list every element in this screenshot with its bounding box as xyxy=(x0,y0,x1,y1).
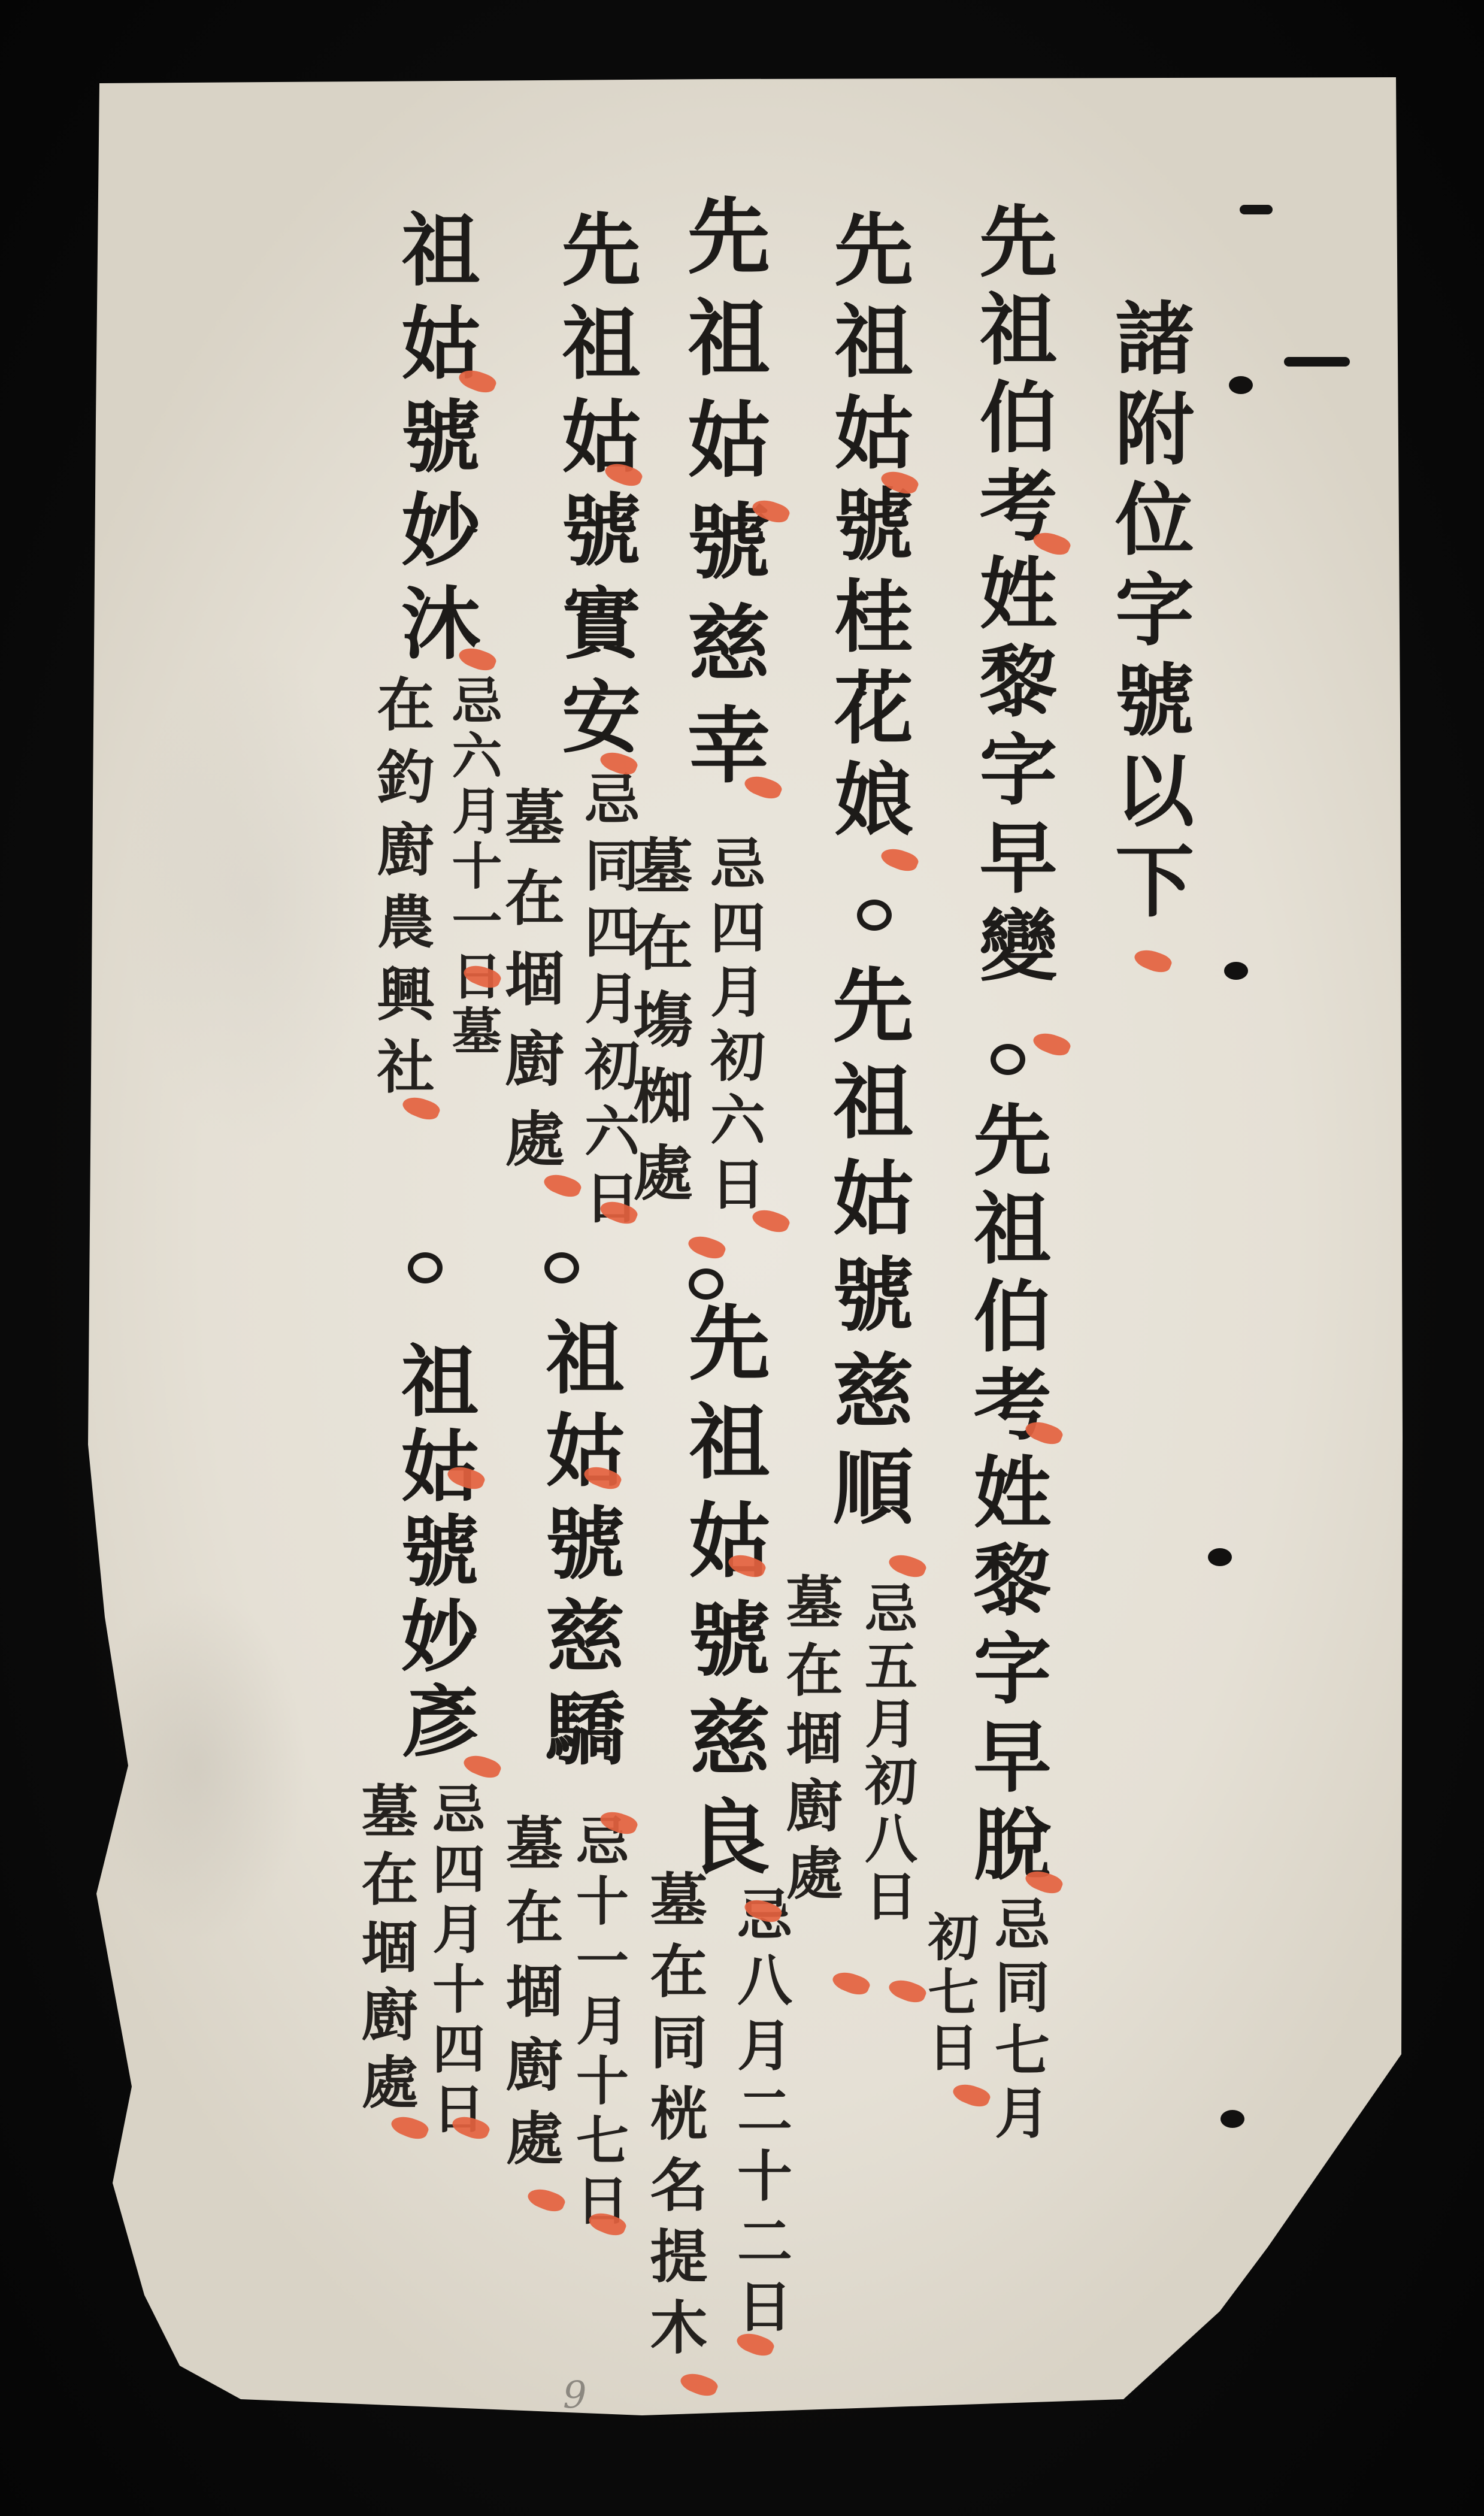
entry-annotation-right: 忌同七月 xyxy=(991,1896,1046,2147)
entry-annotation-right: 忌四月初六日 xyxy=(706,835,761,1219)
separator-circle: 。 xyxy=(689,1268,723,1300)
binding-hole xyxy=(1220,2110,1244,2128)
separator-circle: 。 xyxy=(991,1044,1025,1075)
entry-annotation-right: 忌四月十四日 xyxy=(429,1782,481,2141)
entry-annotation-left: 在釣廚農興社 xyxy=(372,674,430,1109)
binding-thread xyxy=(1284,357,1350,367)
entry-name: 先祖姑號慈良 xyxy=(682,1300,763,1893)
entry-annotation-right: 忌五月初八日 xyxy=(861,1581,914,1926)
binding-hole xyxy=(1224,962,1248,980)
entry-annotation-left: 墓在堌廚處 xyxy=(501,1813,559,2182)
page-number: 9 xyxy=(563,2373,586,2417)
entry-name: 先祖姑號慈順 xyxy=(826,963,907,1542)
entry-annotation-left: 初七日 xyxy=(923,1911,974,2076)
separator-circle: 。 xyxy=(544,1252,579,1283)
entry-name: 先祖伯考姓黎字早變 xyxy=(973,201,1051,993)
entry-annotation-left: 墓在堌廚處 xyxy=(500,786,560,1188)
entry-annotation-right: 忌同四月初六日 xyxy=(580,770,635,1236)
entry-annotation-left: 墓在同桄名提木 xyxy=(646,1870,703,2369)
entry-annotation-right: 忌八月二十二日 xyxy=(733,1886,788,2343)
binding-hole xyxy=(1229,376,1253,394)
entry-annotation-left: 墓在堌廚處 xyxy=(357,1782,414,2120)
entry-annotation-right: 忌六月十一日墓 xyxy=(448,674,498,1060)
binding-hole xyxy=(1208,1548,1232,1566)
heading: 諸附位字號以下 xyxy=(1108,297,1187,930)
entry-name: 先祖姑號實安 xyxy=(555,208,634,769)
binding-thread xyxy=(1240,205,1273,214)
entry-name: 先祖姑號桂花娘 xyxy=(827,208,906,850)
entry-name: 先祖伯考姓黎字早脫 xyxy=(967,1100,1045,1892)
entry-name: 祖姑號妙沐 xyxy=(394,208,473,676)
separator-circle: 。 xyxy=(857,900,892,931)
separator-circle: 。 xyxy=(408,1252,443,1283)
entry-name: 祖姑號慈驕 xyxy=(538,1316,617,1781)
manuscript-photo: 諸附位字號以下 先祖伯考姓黎字早變 。 先祖伯考姓黎字早脫 忌同七月 初七日 先… xyxy=(0,0,1484,2516)
entry-annotation-left: 墓在堌廚處 xyxy=(782,1573,838,1911)
entry-name: 先祖姑號慈幸 xyxy=(681,193,764,804)
entry-annotation-right: 忌十一月十七日 xyxy=(573,1813,625,2233)
entry-name: 祖姑號妙彥 xyxy=(395,1340,473,1766)
